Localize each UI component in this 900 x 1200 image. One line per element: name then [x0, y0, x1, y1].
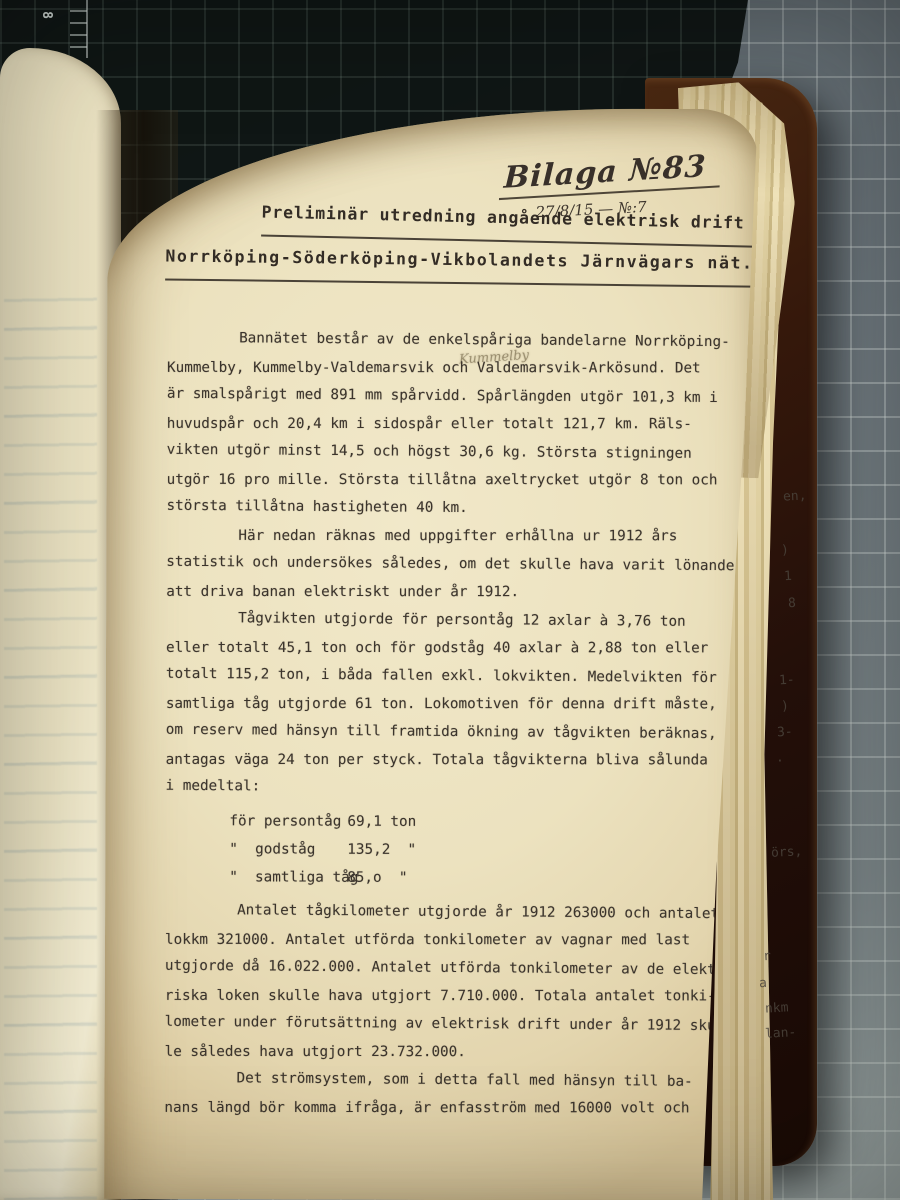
text-line: lometer under förutsättning av elektrisk…	[165, 1008, 771, 1041]
text-line: vikten utgör minst 14,5 och högst 30,6 k…	[167, 436, 773, 469]
mat-ruler-label: 8	[39, 11, 54, 20]
page-edge-text-fragment: ·	[776, 754, 785, 769]
text-line: är smalspårigt med 891 mm spårvidd. Spår…	[167, 380, 773, 413]
text-line: totalt 115,2 ton, i båda fallen exkl. lo…	[166, 660, 772, 693]
text-line: nans längd bör komma ifråga, är enfasstr…	[164, 1094, 770, 1123]
text-line: utgör 16 pro mille. Största tillåtna axe…	[167, 466, 773, 495]
handwritten-attachment-number: Bilaga №83	[499, 148, 721, 200]
page-edge-text-fragment: a	[759, 976, 768, 991]
page-edge-text-fragment: r	[763, 949, 772, 964]
page-edge-text-fragment: 3-	[777, 725, 793, 741]
typewritten-body: Bannätet består av de enkelspåriga bande…	[164, 325, 773, 1123]
table-row-value: 135,2 "	[347, 836, 416, 864]
text-line: Tågvikten utgjorde för persontåg 12 axla…	[166, 604, 772, 637]
table-row: " godståg 135,2 "	[165, 835, 771, 865]
previous-page-faint-text	[4, 283, 97, 1200]
text-line: statistik och undersökes således, om det…	[166, 548, 772, 581]
text-line: huvudspår och 20,4 km i sidospår eller t…	[167, 410, 773, 439]
photo-of-archive-document: 8 Bilaga №83 27/8/15 — №:7 Preliminär ut…	[0, 0, 900, 1200]
text-line: Kummelby, Kummelby-Valdemarsvik och Vald…	[167, 354, 773, 383]
page-edge-text-fragment: 1	[784, 569, 793, 584]
table-row-value: 85,o "	[347, 864, 407, 892]
text-line: antagas väga 24 ton per styck. Totala tå…	[166, 746, 772, 775]
document-title: Preliminär utredning angående elektrisk …	[165, 197, 765, 285]
page-edge-text-fragment: lan-	[765, 1025, 797, 1042]
text-line: om reserv med hänsyn till framtida öknin…	[166, 716, 772, 749]
text-line: riska loken skulle hava utgjort 7.710.00…	[165, 982, 771, 1011]
page-edge-text-fragment: nkm	[765, 1000, 789, 1016]
page-edge-text-fragment: 1-	[779, 673, 795, 689]
table-row-label: för persontåg	[229, 807, 347, 835]
text-line: Här nedan räknas med uppgifter erhållna …	[166, 522, 772, 551]
text-line: största tillåtna hastigheten 40 km.	[166, 492, 772, 525]
page-edge-text-fragment: en,	[783, 488, 807, 504]
text-line: lokkm 321000. Antalet utförda tonkilomet…	[165, 926, 771, 955]
table-row-label: " godståg	[229, 835, 347, 863]
text-line: Det strömsystem, som i detta fall med hä…	[164, 1064, 770, 1097]
page-edge-text-fragment: örs,	[771, 844, 803, 861]
text-line: att driva banan elektriskt under år 1912…	[166, 578, 772, 607]
text-line: Antalet tågkilometer utgjorde år 1912 26…	[165, 896, 771, 929]
title-line-2: Norrköping-Söderköping-Vikbolandets Järn…	[165, 237, 765, 287]
text-line: eller totalt 45,1 ton och för godståg 40…	[166, 634, 772, 663]
train-weight-table: för persontåg 69,1 ton " godståg 135,2 "…	[165, 807, 771, 893]
table-row: " samtliga tåg 85,o "	[165, 863, 771, 893]
text-line: le således hava utgjort 23.732.000.	[165, 1038, 771, 1067]
text-line: samtliga tåg utgjorde 61 ton. Lokomotive…	[166, 690, 772, 719]
text-line: utgjorde då 16.022.000. Antalet utförda …	[165, 952, 771, 985]
document-page: Bilaga №83 27/8/15 — №:7 Preliminär utre…	[104, 107, 758, 1200]
mat-ruler-ticks	[70, 0, 87, 58]
page-edge-text-fragment: )	[781, 543, 790, 558]
table-row-label: " samtliga tåg	[229, 863, 347, 891]
text-line: Bannätet består av de enkelspåriga bande…	[167, 324, 773, 357]
table-row: för persontåg 69,1 ton	[165, 807, 771, 837]
text-line: i medeltal:	[165, 772, 771, 805]
page-edge-text-fragment: 8	[788, 596, 797, 611]
page-edge-text-fragment: )	[781, 699, 790, 714]
table-row-value: 69,1 ton	[347, 808, 416, 836]
